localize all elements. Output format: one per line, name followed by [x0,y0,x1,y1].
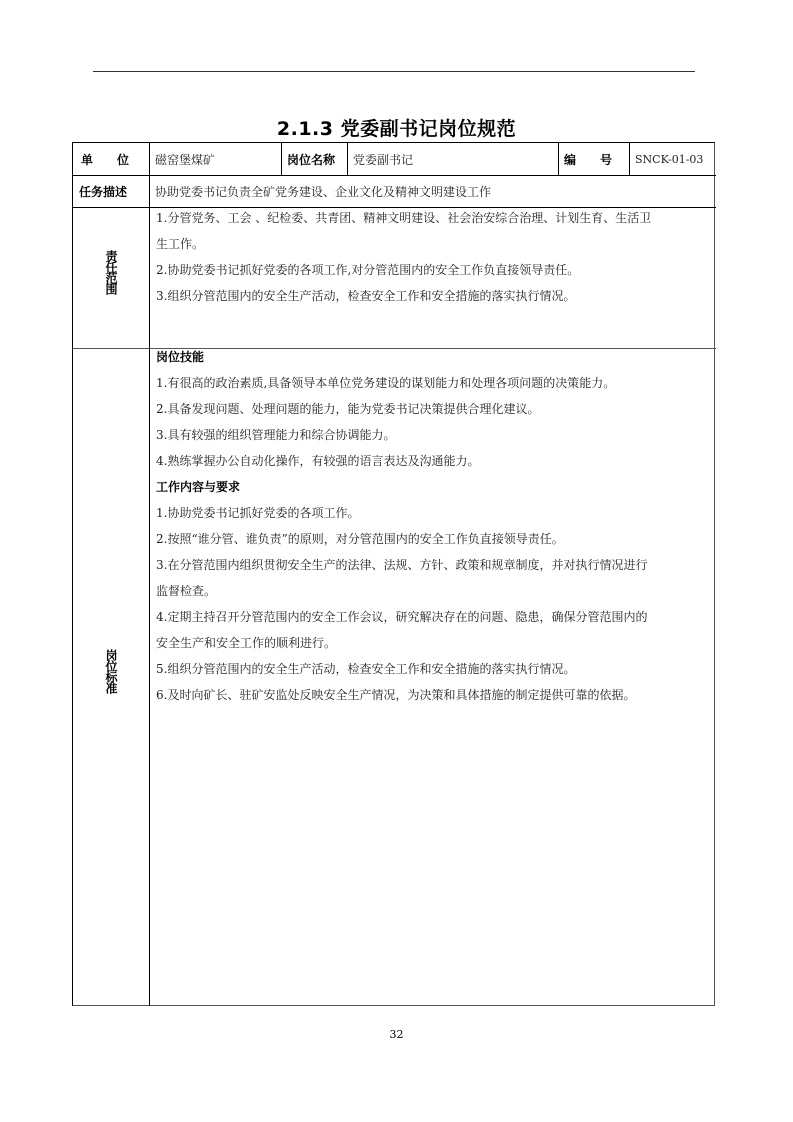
responsibility-line: 3.组织分管范围内的安全生产活动，检查安全工作和安全措施的落实执行情况。 [156,283,651,309]
standards-label: 岗位标准 [103,649,120,693]
work-item: 2.按照“谁分管、谁负责”的原则，对分管范围内的安全工作负直接领导责任。 [156,526,647,552]
skill-item: 4.熟练掌握办公自动化操作，有较强的语言表达及沟通能力。 [156,448,647,474]
standards-section: 岗位技能 1.有很高的政治素质,具备领导本单位党务建设的谋划能力和处理各项问题的… [156,344,647,708]
responsibility-section: 1.分管党务、工会 、纪检委、共青团、精神文明建设、社会治安综合治理、计划生育、… [156,205,651,309]
work-item: 3.在分管范围内组织贯彻安全生产的法律、法规、方针、政策和规章制度，并对执行情况… [156,552,647,578]
col-divider [149,143,150,1006]
skill-item: 3.具有较强的组织管理能力和综合协调能力。 [156,422,647,448]
work-heading: 工作内容与要求 [156,474,647,500]
work-item: 1.协助党委书记抓好党委的各项工作。 [156,500,647,526]
code-value: SNCK-01-03 [629,143,715,175]
work-item: 监督检查。 [156,578,647,604]
skill-item: 2.具备发现问题、处理问题的能力，能为党委书记决策提供合理化建议。 [156,396,647,422]
header-rule [93,71,695,72]
work-item: 安全生产和安全工作的顺利进行。 [156,630,647,656]
task-value: 协助党委书记负责全矿党务建设、企业文化及精神文明建设工作 [149,175,709,207]
work-item: 6.及时向矿长、驻矿安监处反映安全生产情况，为决策和具体措施的制定提供可靠的依据… [156,682,647,708]
responsibility-line: 1.分管党务、工会 、纪检委、共青团、精神文明建设、社会治安综合治理、计划生育、… [156,205,651,231]
page-title: 2.1.3 党委副书记岗位规范 [0,114,793,141]
post-value: 党委副书记 [347,143,558,175]
work-item: 4.定期主持召开分管范围内的安全工作会议，研究解决存在的问题、隐患，确保分管范围… [156,604,647,630]
col-divider [558,143,559,175]
page-number: 32 [0,1028,793,1041]
responsibility-line: 生工作。 [156,231,651,257]
work-item: 5.组织分管范围内的安全生产活动，检查安全工作和安全措施的落实执行情况。 [156,656,647,682]
col-divider [281,143,282,175]
responsibility-label: 责任范围 [103,250,120,294]
code-label: 编 号 [564,143,624,175]
task-label: 任务描述 [79,175,145,207]
post-label: 岗位名称 [287,143,347,175]
unit-label: 单 位 [81,143,143,175]
responsibility-line: 2.协助党委书记抓好党委的各项工作,对分管范围内的安全工作负直接领导责任。 [156,257,651,283]
unit-value: 磁窑堡煤矿 [149,143,281,175]
skills-heading: 岗位技能 [156,344,647,370]
skill-item: 1.有很高的政治素质,具备领导本单位党务建设的谋划能力和处理各项问题的决策能力。 [156,370,647,396]
